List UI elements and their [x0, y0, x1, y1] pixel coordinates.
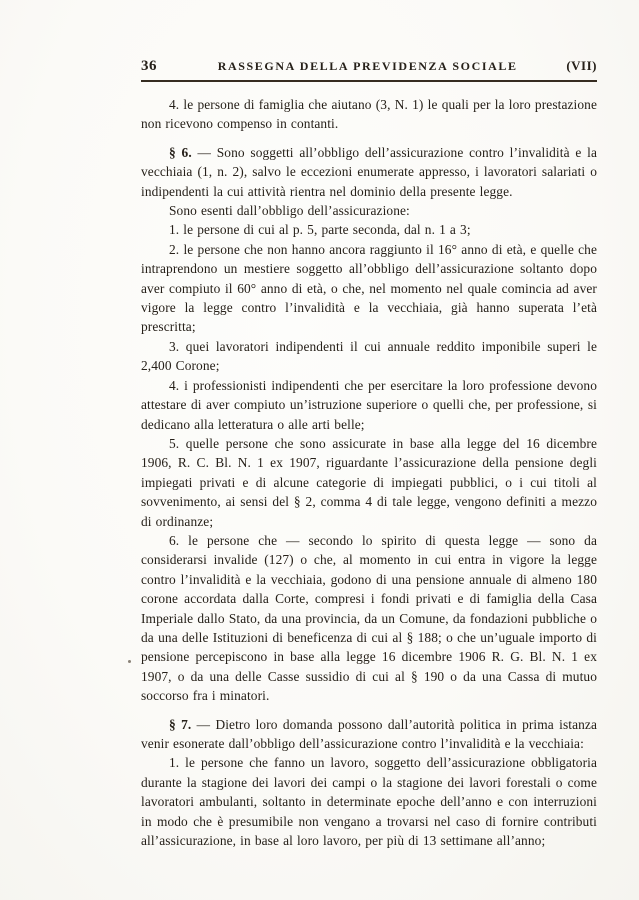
- paragraph-text: 4. le persone di famiglia che aiutano (3…: [141, 97, 597, 131]
- scanned-journal-page: 36 RASSEGNA DELLA PREVIDENZA SOCIALE (VI…: [0, 0, 639, 900]
- paragraph-text: 2. le persone che non hanno ancora raggi…: [141, 242, 597, 335]
- paragraph-text: 6. le persone che — secondo lo spirito d…: [141, 533, 597, 703]
- exemption-item-1: 1. le persone di cui al p. 5, parte seco…: [141, 220, 597, 239]
- paragraph-text: 1. le persone che fanno un lavoro, sogge…: [141, 755, 597, 848]
- scan-artifact-dot: [128, 660, 131, 663]
- paragraph-text: 4. i professionisti indipendenti che per…: [141, 378, 597, 432]
- paragraph-text: — Sono soggetti all’obbligo dell’assicur…: [141, 145, 597, 199]
- exemption-item-2: 2. le persone che non hanno ancora raggi…: [141, 240, 597, 337]
- exoneration-item-1: 1. le persone che fanno un lavoro, sogge…: [141, 753, 597, 850]
- paragraph-exemption-intro: Sono esenti dall’obbligo dell’assicurazi…: [141, 201, 597, 220]
- exemption-item-3: 3. quei lavoratori indipendenti il cui a…: [141, 337, 597, 376]
- paragraph-text: 5. quelle persone che sono assicurate in…: [141, 436, 597, 529]
- paragraph-text: 1. le persone di cui al p. 5, parte seco…: [169, 222, 471, 237]
- exemption-item-4: 4. i professionisti indipendenti che per…: [141, 376, 597, 434]
- exemption-item-6: 6. le persone che — secondo lo spirito d…: [141, 531, 597, 706]
- issue-number: (VII): [566, 58, 597, 74]
- paragraph-family-helpers-item-4: 4. le persone di famiglia che aiutano (3…: [141, 95, 597, 134]
- body-text: 4. le persone di famiglia che aiutano (3…: [141, 95, 597, 850]
- paragraph-text: — Dietro loro domanda possono dall’autor…: [141, 717, 597, 751]
- paragraph-section-6: § 6. — Sono soggetti all’obbligo dell’as…: [141, 143, 597, 201]
- page-number: 36: [141, 58, 157, 75]
- paragraph-text: 3. quei lavoratori indipendenti il cui a…: [141, 339, 597, 373]
- section-6-marker: § 6.: [169, 145, 192, 160]
- exemption-item-5: 5. quelle persone che sono assicurate in…: [141, 434, 597, 531]
- paragraph-section-7: § 7. — Dietro loro domanda possono dall’…: [141, 715, 597, 754]
- paragraph-text: Sono esenti dall’obbligo dell’assicurazi…: [169, 203, 410, 218]
- section-7-marker: § 7.: [169, 717, 191, 732]
- text-column: 36 RASSEGNA DELLA PREVIDENZA SOCIALE (VI…: [141, 58, 597, 850]
- running-head: 36 RASSEGNA DELLA PREVIDENZA SOCIALE (VI…: [141, 58, 597, 82]
- journal-title: RASSEGNA DELLA PREVIDENZA SOCIALE: [218, 59, 518, 74]
